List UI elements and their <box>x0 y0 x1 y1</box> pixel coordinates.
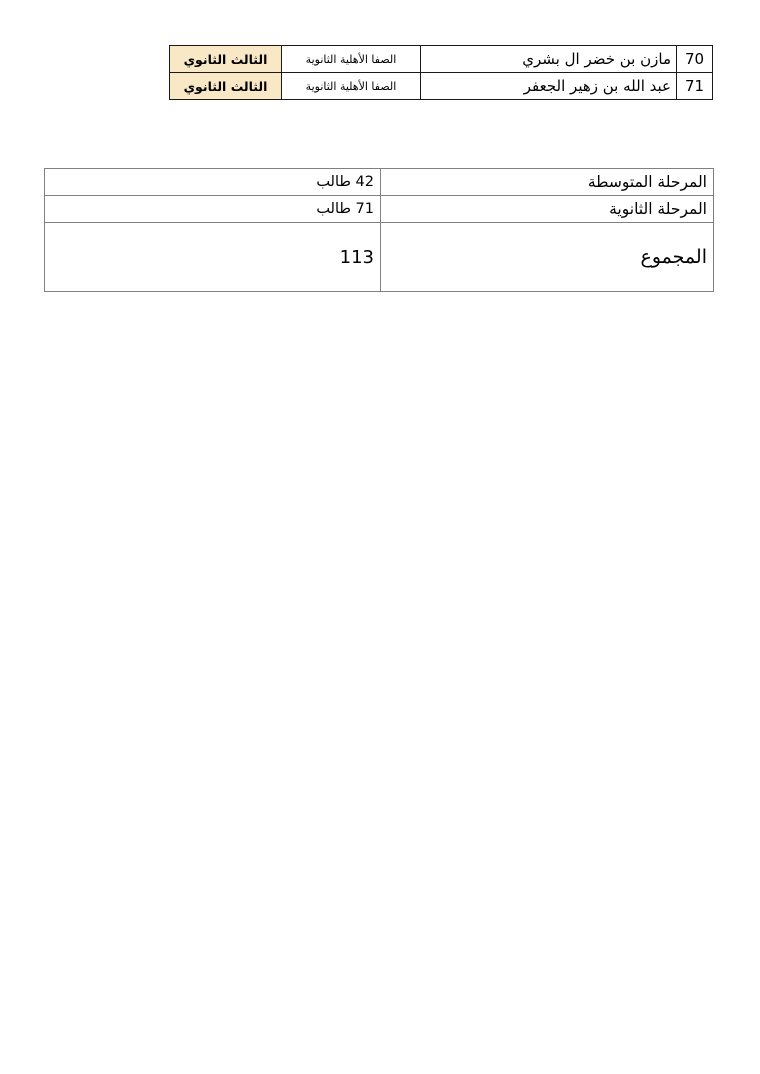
student-name-cell: مازن بن خضر ال بشري <box>421 46 677 73</box>
summary-row: المرحلة الثانوية 71 طالب <box>45 196 714 223</box>
summary-row: المرحلة المتوسطة 42 طالب <box>45 169 714 196</box>
summary-total-row: المجموع 113 <box>45 223 714 292</box>
document-page: 70 مازن بن خضر ال بشري الصفا الأهلية الث… <box>0 0 760 1074</box>
roster-row: 71 عبد الله بن زهير الجعفر الصفا الأهلية… <box>170 73 713 100</box>
school-name-cell: الصفا الأهلية الثانوية <box>282 46 421 73</box>
row-number-cell: 70 <box>677 46 713 73</box>
summary-value-cell: 42 طالب <box>45 169 381 196</box>
stage-cell: الثالث الثانوي <box>170 73 282 100</box>
summary-label-cell: المرحلة الثانوية <box>381 196 714 223</box>
summary-value-cell: 113 <box>45 223 381 292</box>
stage-cell: الثالث الثانوي <box>170 46 282 73</box>
school-name-cell: الصفا الأهلية الثانوية <box>282 73 421 100</box>
student-roster-table: 70 مازن بن خضر ال بشري الصفا الأهلية الث… <box>169 45 713 100</box>
summary-label-cell: المرحلة المتوسطة <box>381 169 714 196</box>
summary-label-cell: المجموع <box>381 223 714 292</box>
roster-row: 70 مازن بن خضر ال بشري الصفا الأهلية الث… <box>170 46 713 73</box>
summary-table: المرحلة المتوسطة 42 طالب المرحلة الثانوي… <box>44 168 714 292</box>
summary-value-cell: 71 طالب <box>45 196 381 223</box>
row-number-cell: 71 <box>677 73 713 100</box>
student-name-cell: عبد الله بن زهير الجعفر <box>421 73 677 100</box>
